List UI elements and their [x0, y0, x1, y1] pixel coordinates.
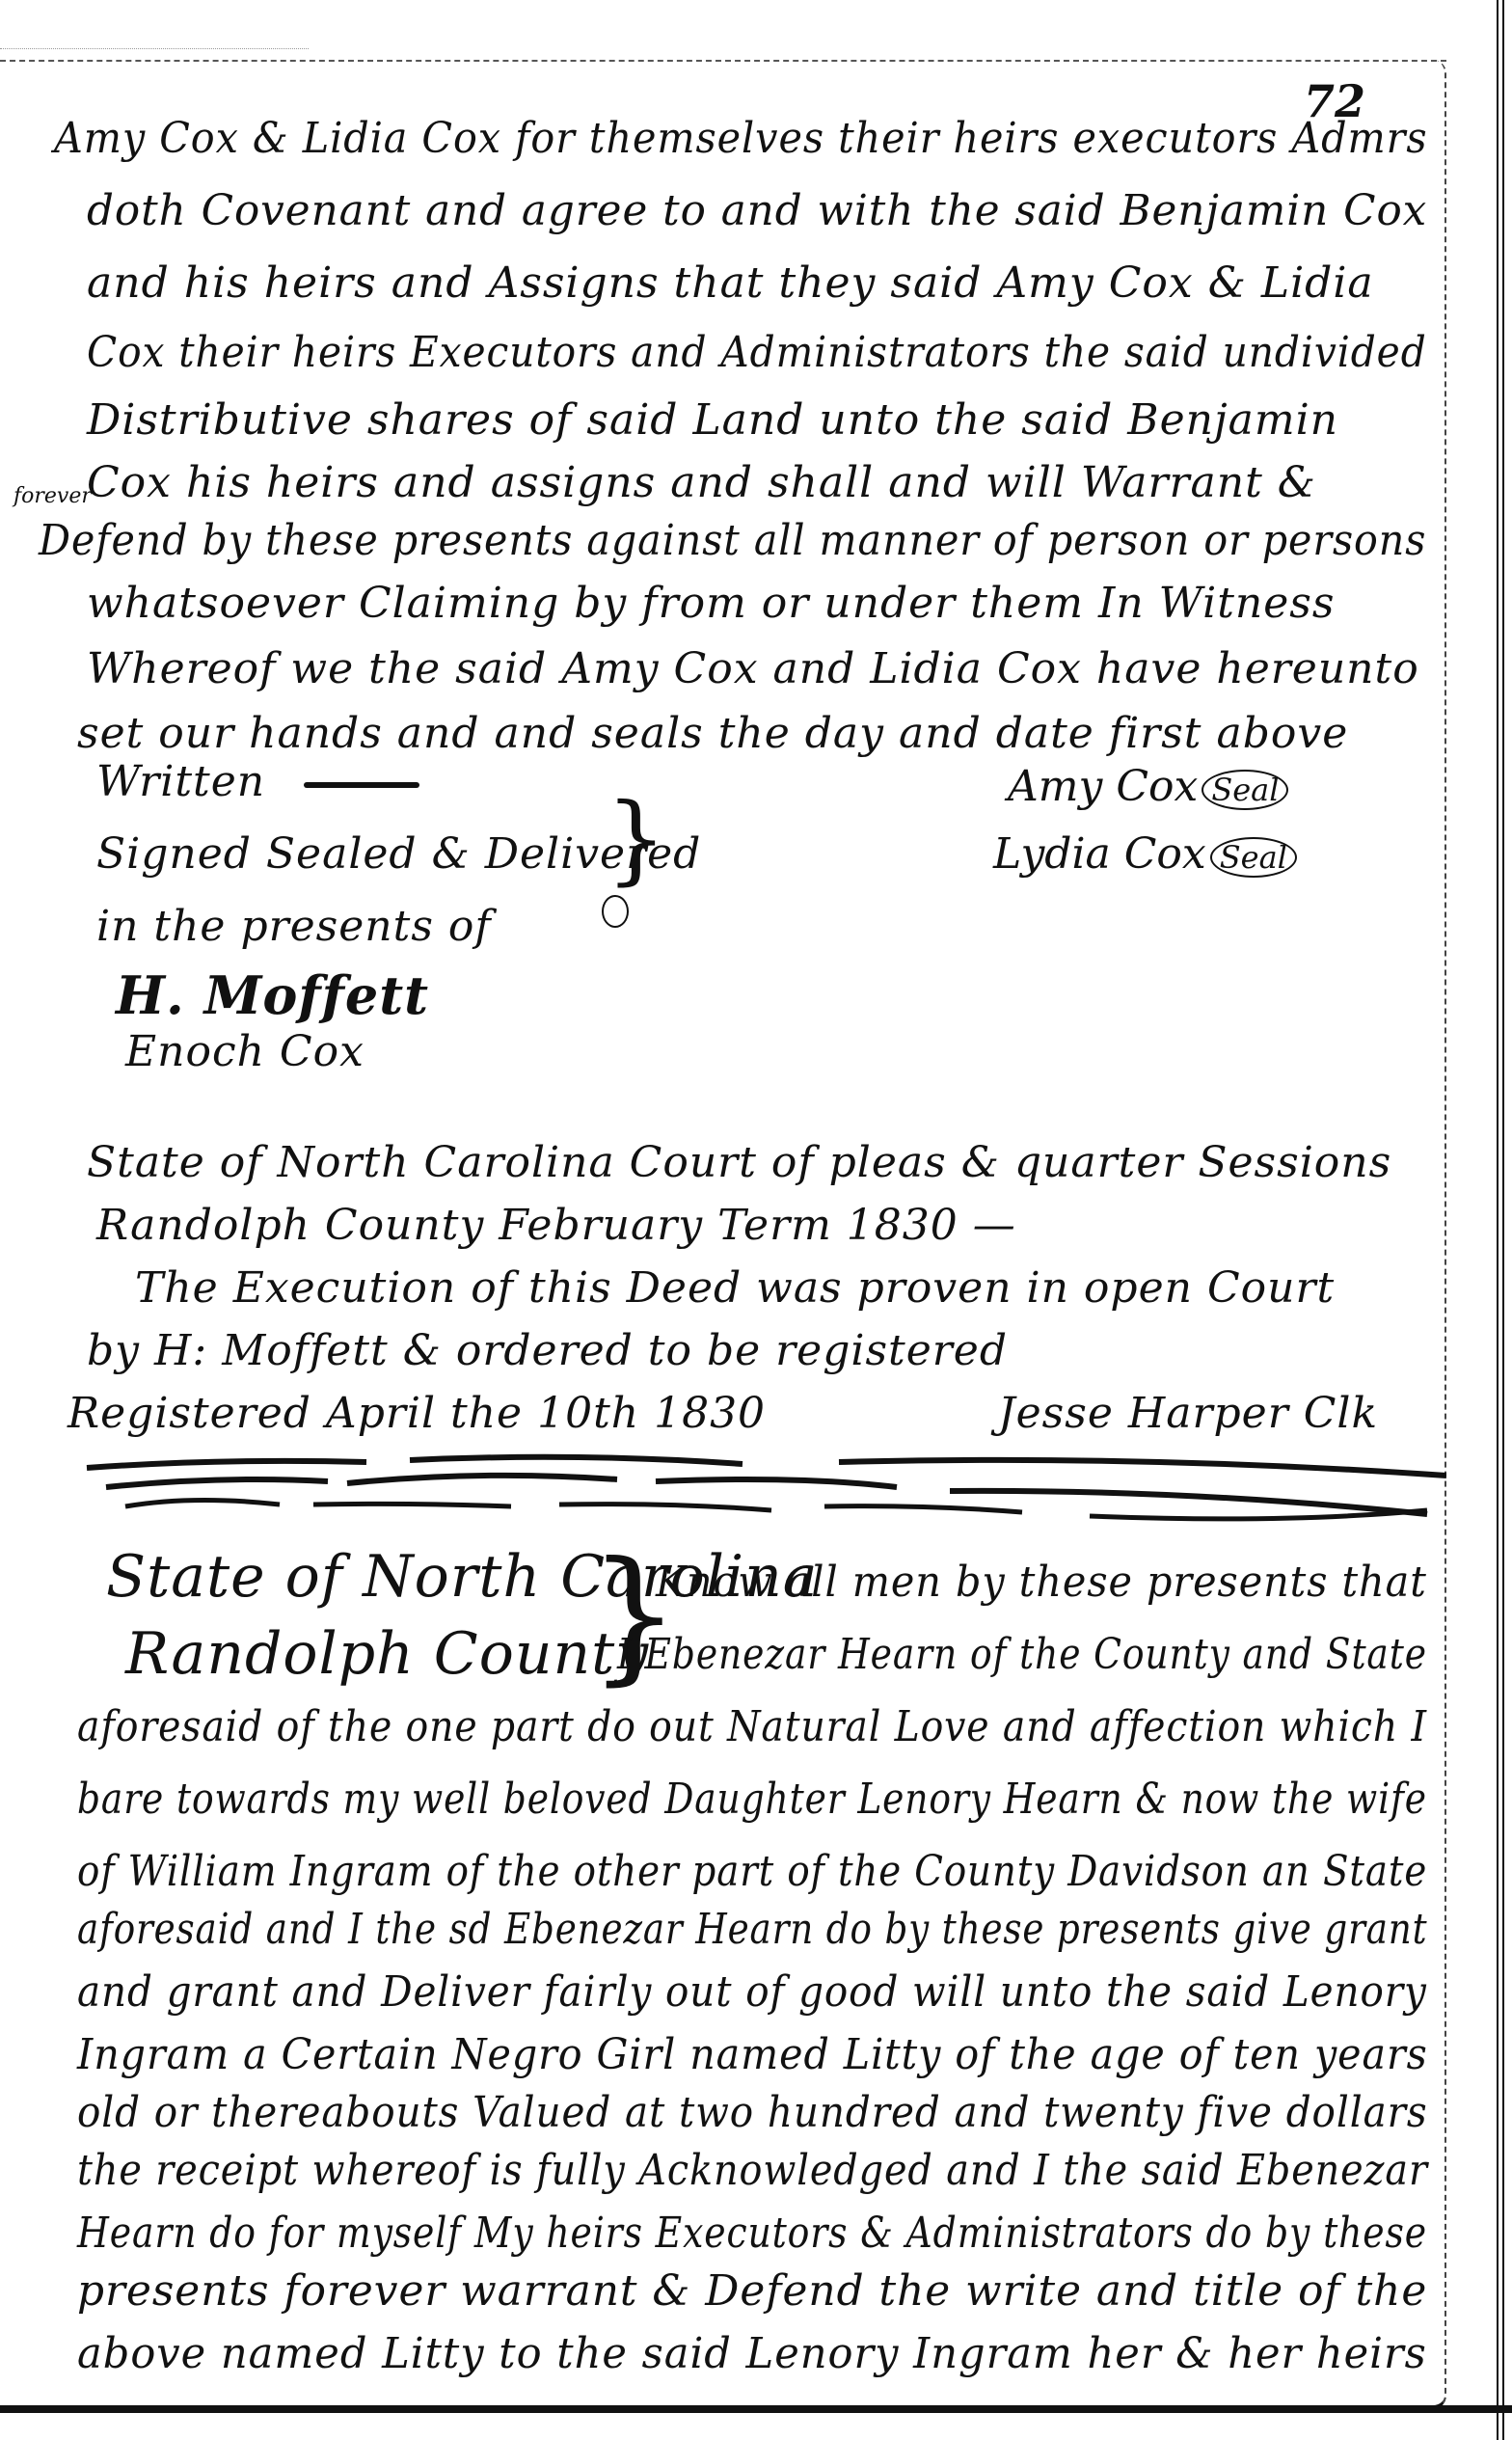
deed-line-written: Written: [96, 757, 419, 806]
page-bottom-edge: [0, 2405, 1512, 2413]
clerk-signature: Jesse Harper Clk: [998, 1389, 1378, 1438]
probate-line: The Execution of this Deed was proven in…: [135, 1263, 1335, 1313]
deed-line: aforesaid of the one part do out Natural…: [77, 1702, 1427, 1751]
witness-name: H. Moffett: [116, 964, 429, 1026]
brace-icon: }: [606, 791, 667, 887]
deed-line: Defend by these presents against all man…: [39, 516, 1426, 565]
deed-line: doth Covenant and agree to and with the …: [87, 186, 1427, 235]
section-divider-flourish: [77, 1447, 1446, 1524]
deed-line: Whereof we the said Amy Cox and Lidia Co…: [87, 644, 1419, 693]
deed-line: Amy Cox & Lidia Cox for themselves their…: [54, 114, 1427, 163]
deed-line: I Ebenezar Hearn of the County and State: [617, 1630, 1427, 1679]
deed-line: above named Litty to the said Lenory Ing…: [77, 2329, 1427, 2378]
probate-line: State of North Carolina Court of pleas &…: [87, 1138, 1391, 1187]
deed-line: old or thereabouts Valued at two hundred…: [77, 2088, 1428, 2137]
seal-icon: Seal: [1210, 837, 1297, 878]
registration-date: Registered April the 10th 1830: [67, 1389, 766, 1438]
deed-line: Distributive shares of said Land unto th…: [87, 395, 1338, 445]
deed-line: and grant and Deliver fairly out of good…: [77, 1967, 1427, 2017]
deed-line: Hearn do for myself My heirs Executors &…: [77, 2209, 1427, 2258]
binding-edge: [1497, 0, 1504, 2440]
deed-line: Ingram a Certain Negro Girl named Litty …: [77, 2030, 1428, 2079]
margin-note: forever: [13, 484, 92, 508]
deed-line: presents forever warrant & Defend the wr…: [77, 2266, 1427, 2316]
signature-amy-cox: Amy CoxSeal: [1008, 762, 1288, 811]
deed-line: of William Ingram of the other part of t…: [77, 1847, 1427, 1896]
seal-mark-icon: [602, 895, 629, 928]
deed-line: Know all men by these presents that: [656, 1558, 1427, 1607]
probate-line: by H: Moffett & ordered to be registered: [87, 1326, 1008, 1375]
attestation-line: in the presents of: [96, 902, 492, 951]
flourish-dash: [304, 782, 419, 788]
deed-line: Cox their heirs Executors and Administra…: [87, 328, 1427, 377]
scan-edge-line: [0, 48, 309, 49]
seal-icon: Seal: [1201, 770, 1288, 810]
deed-line: and his heirs and Assigns that they said…: [87, 258, 1374, 308]
deed-line: aforesaid and I the sd Ebenezar Hearn do…: [77, 1905, 1427, 1954]
deed-heading-county: Randolph County: [125, 1620, 649, 1688]
deed-line: bare towards my well beloved Daughter Le…: [77, 1775, 1427, 1824]
deed-line: whatsoever Claiming by from or under the…: [87, 579, 1335, 628]
probate-line: Randolph County February Term 1830 —: [96, 1201, 1016, 1250]
deed-line: the receipt whereof is fully Acknowledge…: [77, 2146, 1428, 2195]
deed-line: set our hands and and seals the day and …: [77, 709, 1348, 758]
signature-lydia-cox: Lydia CoxSeal: [993, 829, 1297, 879]
deed-line: Cox his heirs and assigns and shall and …: [87, 458, 1316, 507]
witness-name: Enoch Cox: [125, 1027, 364, 1076]
